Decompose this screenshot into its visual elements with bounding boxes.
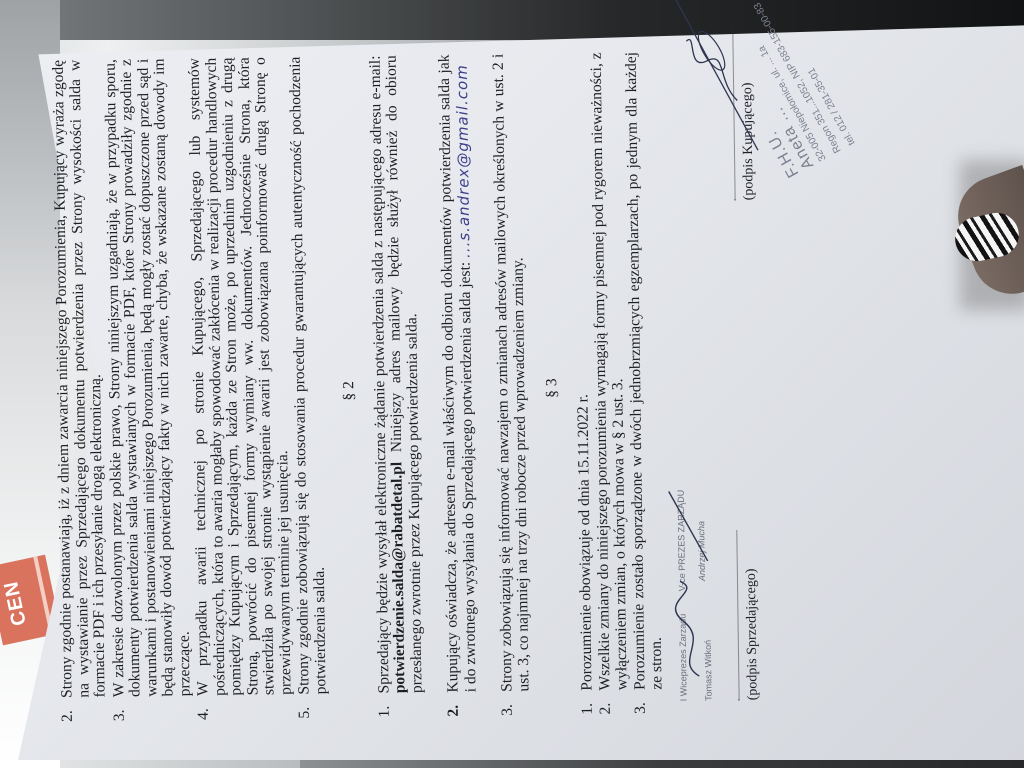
seller-signature-caption: (podpis Sprzedającego) <box>742 470 762 700</box>
section1-item-2: 2. Strony zgodnie postanawiają, iż z dni… <box>51 59 110 730</box>
seller-signature-line <box>722 531 739 701</box>
item-text: Strony zgodnie postanawiają, iż z dniem … <box>50 60 109 698</box>
item-number: 5. <box>297 707 314 719</box>
section2-item-1: 1. Sprzedający będzie wysyłał elektronic… <box>367 55 426 726</box>
item-number: 4. <box>196 708 213 720</box>
section1-item-3: 3. W zakresie dozwolonym przez polskie p… <box>102 58 194 729</box>
section1-item-4: 4. W przypadku awarii technicznej po str… <box>187 57 295 728</box>
buyer-email-handwritten: ...s.andrex@gmail.com <box>452 64 473 258</box>
item-text: W przypadku awarii technicznej po stroni… <box>186 57 294 696</box>
item-number: 2. <box>446 705 463 717</box>
item-number: 3. <box>500 704 517 716</box>
section1-list: 2. Strony zgodnie postanawiają, iż z dni… <box>51 56 330 730</box>
price-label-text: CEN <box>0 579 32 628</box>
item-number: 2. <box>60 710 77 722</box>
section-3-heading: § 3 <box>540 53 566 723</box>
section3-list: 1. Porozumienie obowiązuje od dnia 15.11… <box>570 52 666 723</box>
item-text: W zakresie dozwolonym przez polskie praw… <box>101 58 193 697</box>
item-number: 3. <box>111 709 128 721</box>
seller-signature-scribble <box>667 481 720 682</box>
seller-signature-block: I Wiceprezes Zarządu V-ce PREZES ZARZĄDU… <box>672 470 762 701</box>
section2-list: 1. Sprzedający będzie wysyłał elektronic… <box>367 53 533 725</box>
section-2-heading: § 2 <box>337 56 363 726</box>
item-number: 1. <box>579 703 596 715</box>
section2-item-3: 3. Strony zobowiązują się informować naw… <box>491 53 533 723</box>
buyer-signature-scribble <box>655 0 768 162</box>
buyer-signature-block: F.H.U. Aneta ... 32-005 Niepołomice, ul.… <box>665 0 758 201</box>
item-number: 1. <box>376 706 393 718</box>
item-number: 2. <box>598 703 615 715</box>
item-text: Porozumienie obowiązuje od dnia 15.11.20… <box>574 394 595 691</box>
item-number: 3. <box>633 702 650 714</box>
signatures-area: I Wiceprezes Zarządu V-ce PREZES ZARZĄDU… <box>667 49 836 721</box>
document-page: 2. Strony zgodnie postanawiają, iż z dni… <box>51 48 940 730</box>
section1-item-5: 5. Strony zgodnie zobowiązują się do sto… <box>288 56 330 726</box>
